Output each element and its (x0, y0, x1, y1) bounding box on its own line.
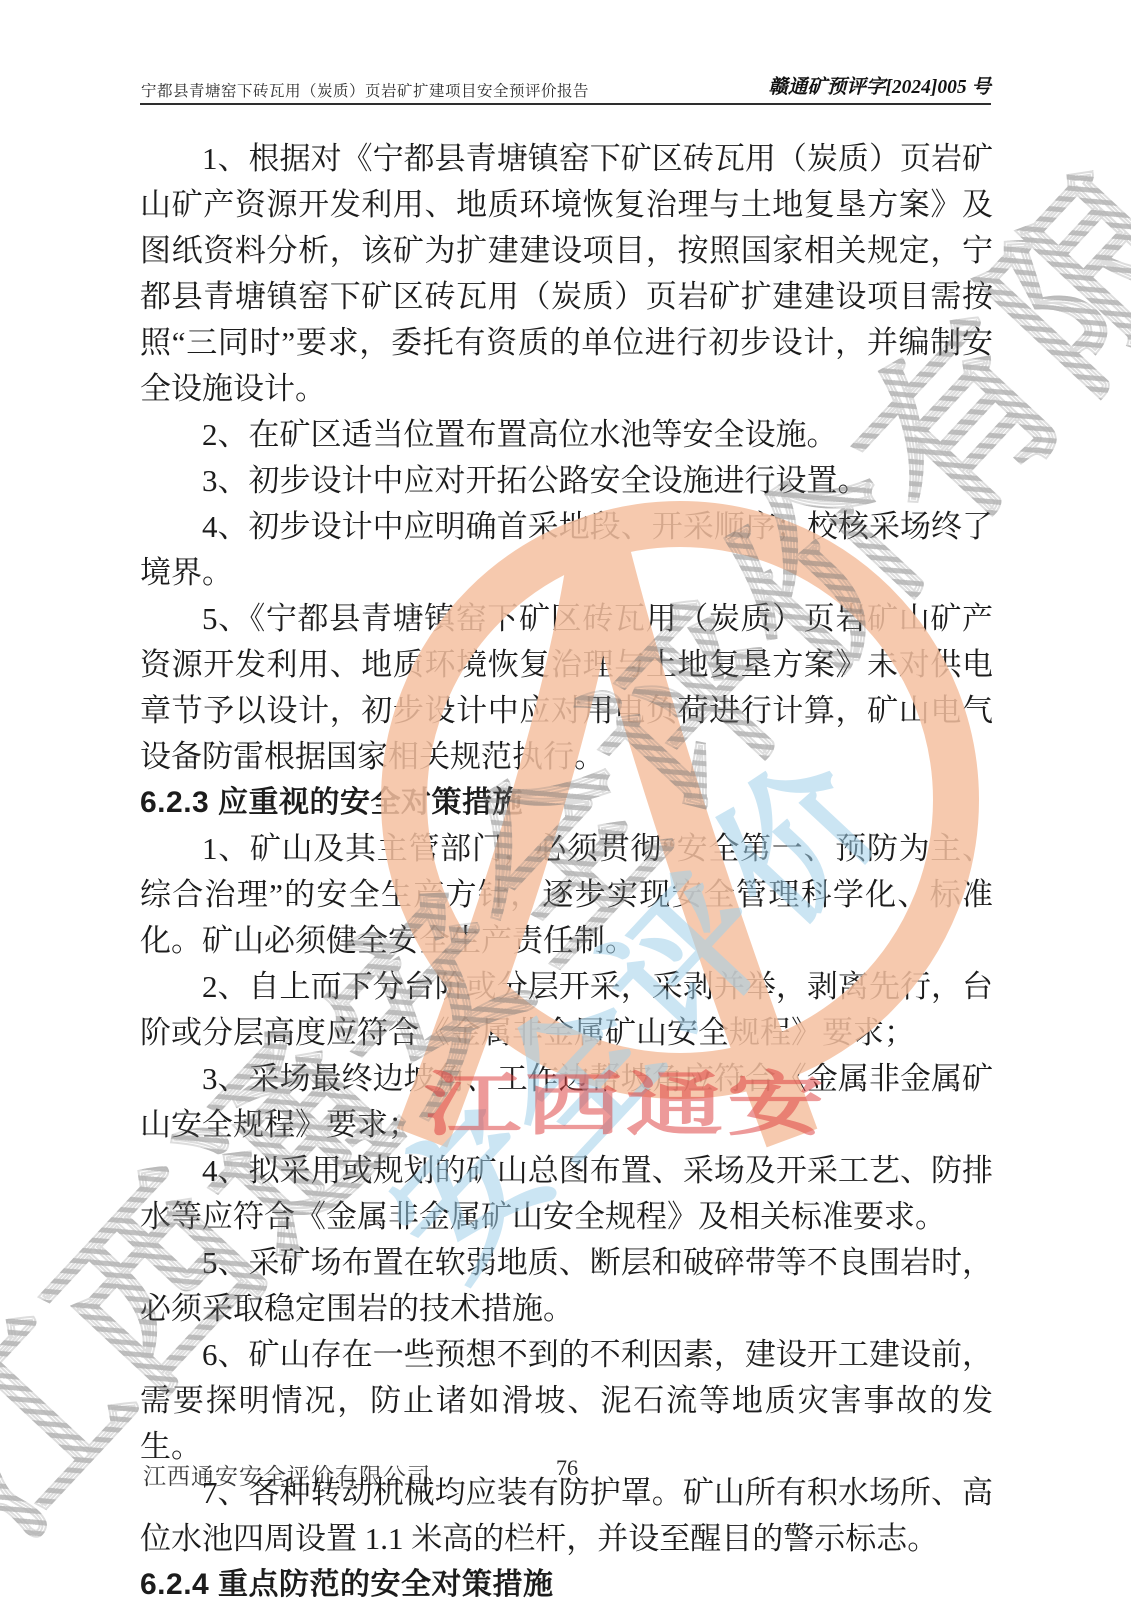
paragraph-5: 5、《宁都县青塘镇窑下矿区砖瓦用（炭质）页岩矿山矿产资源开发利用、地质环境恢复治… (140, 596, 993, 780)
header-title: 宁都县青塘窑下砖瓦用（炭质）页岩矿扩建项目安全预评价报告 (141, 79, 589, 101)
measure-1: 1、矿山及其主管部门，必须贯彻“安全第一、预防为主、综合治理”的安全生产方针，逐… (140, 826, 993, 964)
paragraph-1: 1、根据对《宁都县青塘镇窑下矿区砖瓦用（炭质）页岩矿山矿产资源开发利用、地质环境… (140, 136, 993, 412)
paragraph-3: 3、初步设计中应对开拓公路安全设施进行设置。 (140, 458, 993, 504)
measure-5: 5、采矿场布置在软弱地质、断层和破碎带等不良围岩时，必须采取稳定围岩的技术措施。 (140, 1240, 993, 1332)
document-body: 1、根据对《宁都县青塘镇窑下矿区砖瓦用（炭质）页岩矿山矿产资源开发利用、地质环境… (140, 136, 993, 1600)
report-page: 宁都县青塘窑下砖瓦用（炭质）页岩矿扩建项目安全预评价报告 赣通矿预评字[2024… (0, 0, 1131, 1600)
header-divider (140, 103, 991, 105)
measure-4: 4、拟采用或规划的矿山总图布置、采场及开采工艺、防排水等应符合《金属非金属矿山安… (140, 1148, 993, 1240)
section-heading-6-2-4: 6.2.4 重点防范的安全对策措施 (140, 1562, 993, 1600)
measure-6: 6、矿山存在一些预想不到的不利因素，建设开工建设前，需要探明情况，防止诸如滑坡、… (140, 1332, 993, 1470)
paragraph-2: 2、在矿区适当位置布置高位水池等安全设施。 (140, 412, 993, 458)
section-heading-6-2-3: 6.2.3 应重视的安全对策措施 (140, 780, 993, 826)
measure-3: 3、采场最终边坡角、工作边帮坡角应符合《金属非金属矿山安全规程》要求； (140, 1056, 993, 1148)
header-document-number: 赣通矿预评字[2024]005 号 (768, 71, 991, 99)
paragraph-4: 4、初步设计中应明确首采地段、开采顺序；校核采场终了境界。 (140, 504, 993, 596)
measure-7: 7、各种转动机械均应装有防护罩。矿山所有积水场所、高位水池四周设置 1.1 米高… (140, 1470, 993, 1562)
measure-2: 2、自上而下分台阶或分层开采，采剥并举，剥离先行，台阶或分层高度应符合《金属非金… (140, 964, 993, 1056)
